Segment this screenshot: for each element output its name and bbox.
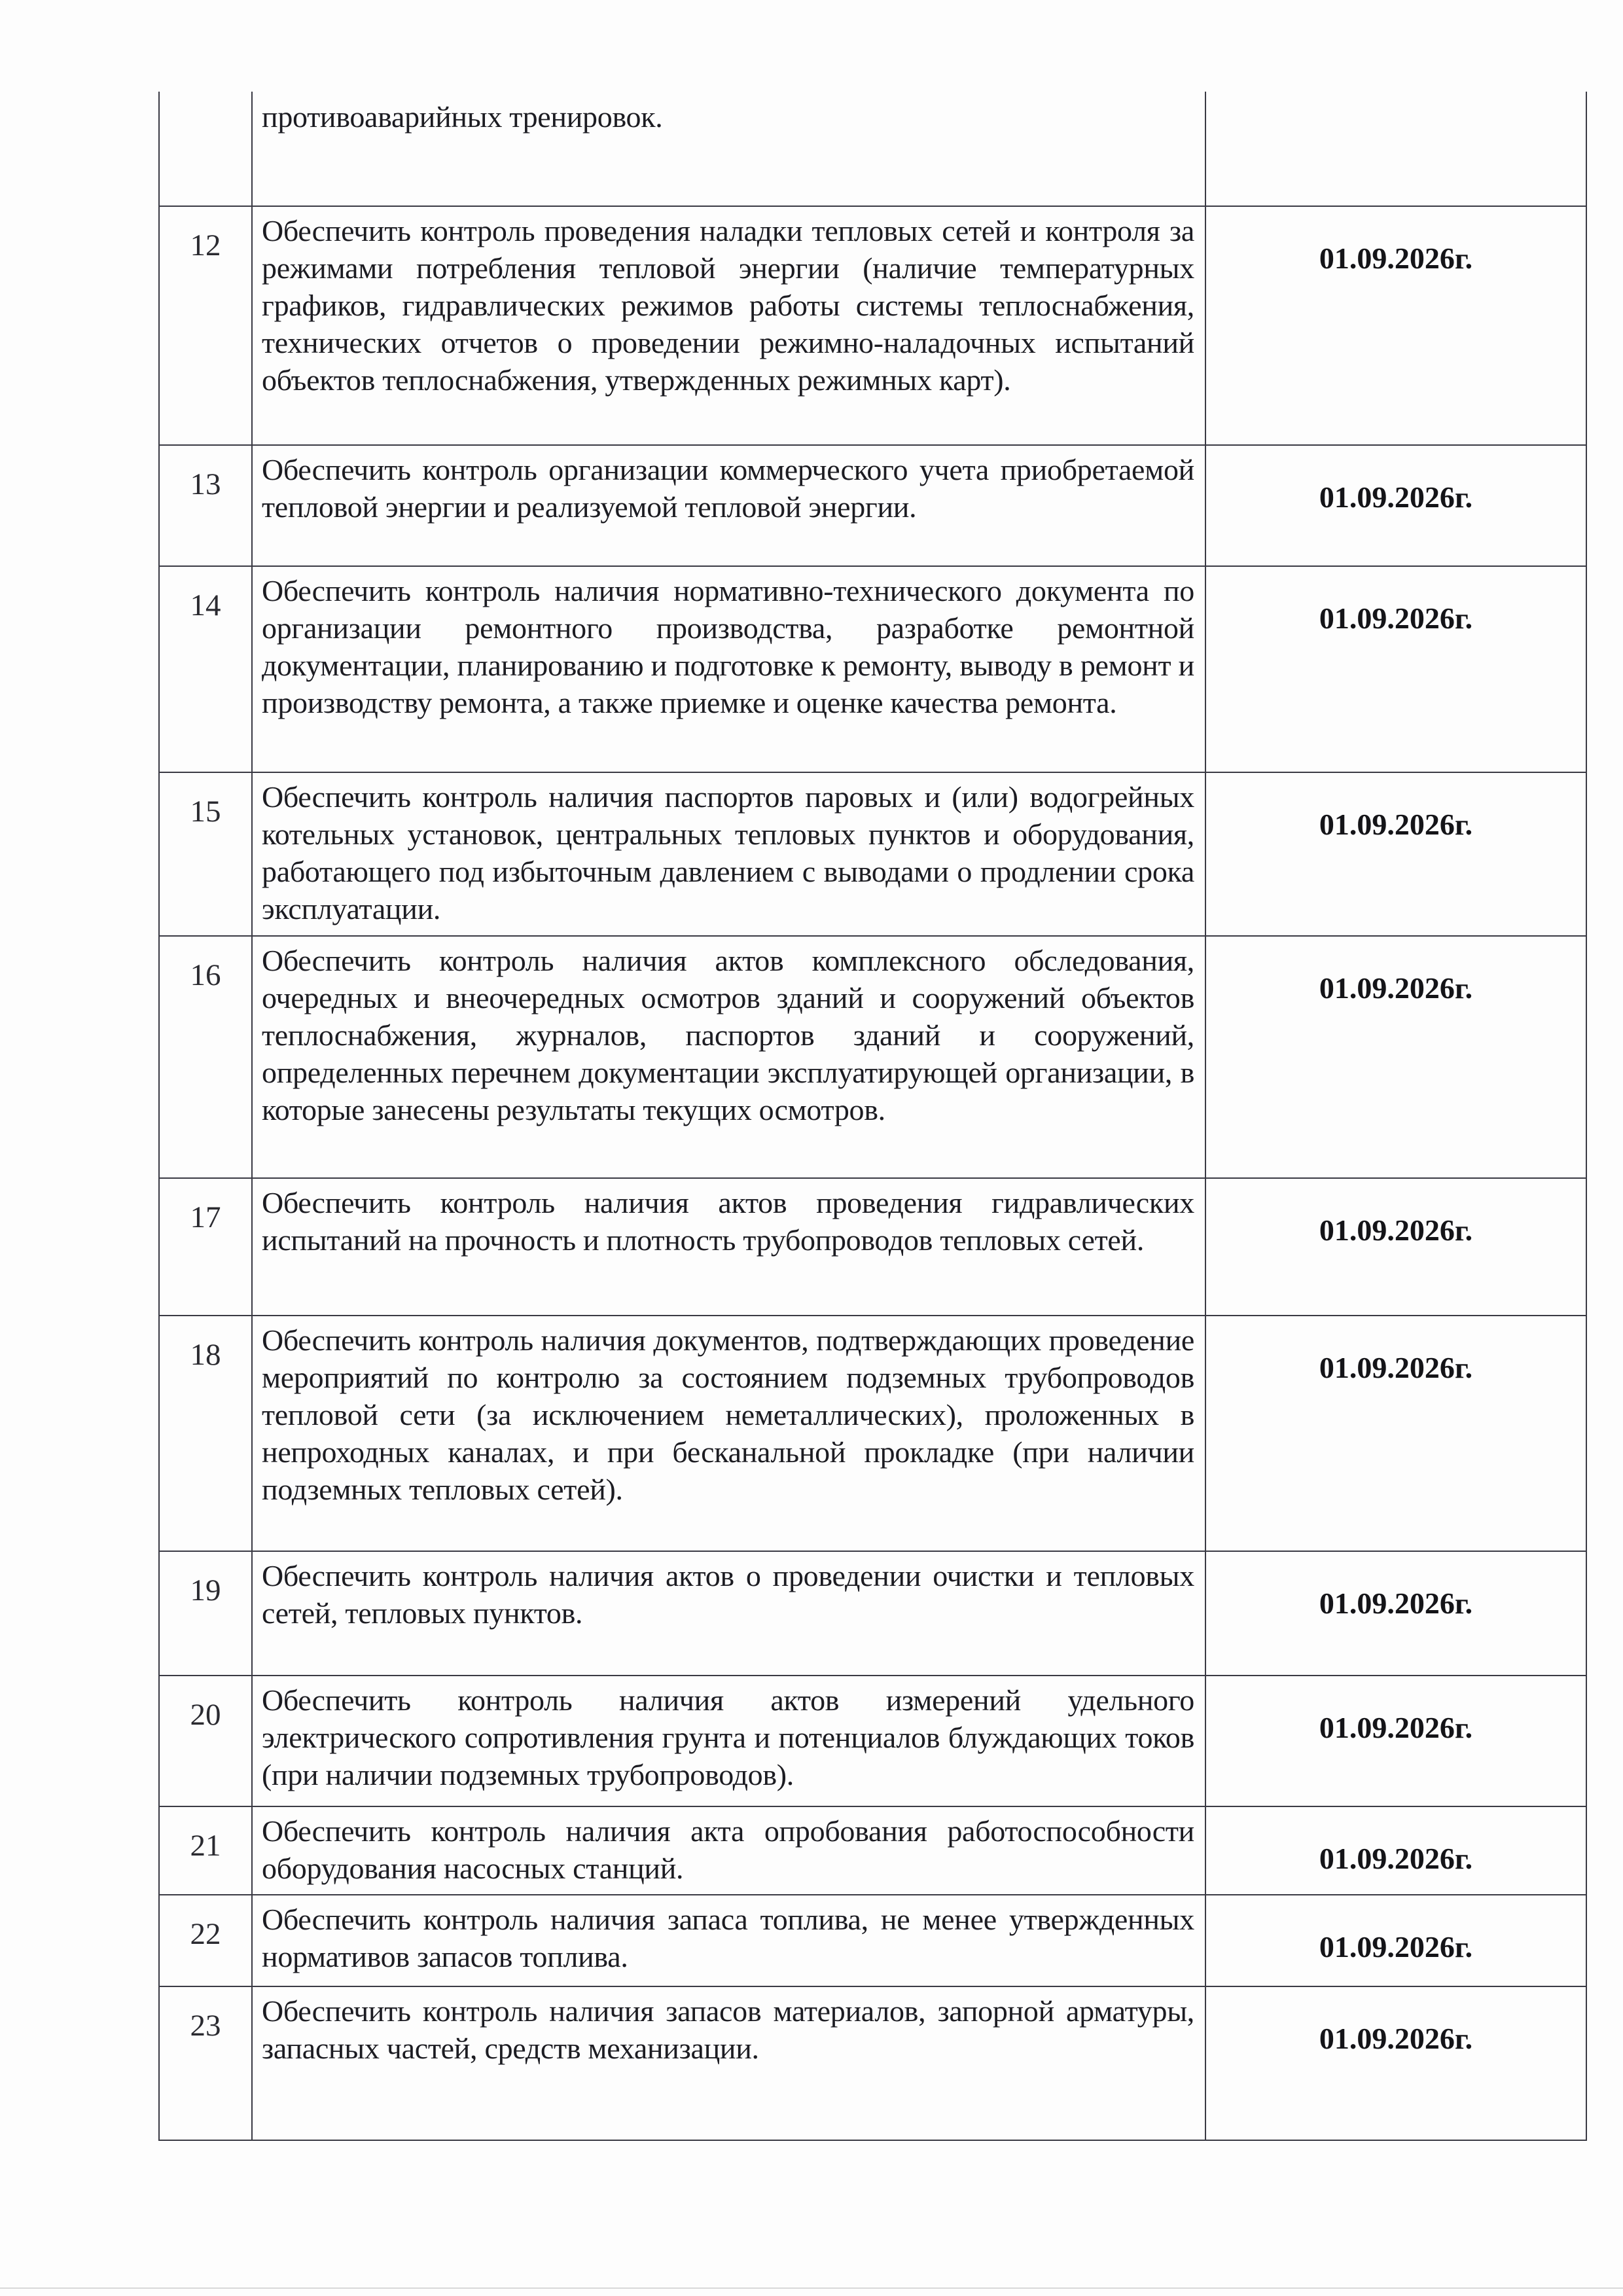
measures-table: противоаварийных тренировок. 12 Обеспечи… bbox=[158, 92, 1587, 2141]
table-row: 14 Обеспечить контроль наличия нормативн… bbox=[159, 566, 1586, 772]
measure-text: Обеспечить контроль наличия актов провед… bbox=[252, 1178, 1205, 1316]
row-number: 14 bbox=[159, 566, 252, 772]
measure-text: Обеспечить контроль наличия запасов мате… bbox=[252, 1986, 1205, 2140]
row-number: 13 bbox=[159, 445, 252, 566]
measure-text: Обеспечить контроль наличия акта опробов… bbox=[252, 1806, 1205, 1895]
scan-edge-line bbox=[0, 2287, 1623, 2289]
table-row: 15 Обеспечить контроль наличия паспортов… bbox=[159, 772, 1586, 936]
measure-text: Обеспечить контроль наличия актов компле… bbox=[252, 936, 1205, 1178]
measure-text: Обеспечить контроль наличия запаса топли… bbox=[252, 1895, 1205, 1986]
table-row: 13 Обеспечить контроль организации комме… bbox=[159, 445, 1586, 566]
measure-text: Обеспечить контроль наличия нормативно-т… bbox=[252, 566, 1205, 772]
table-row: 12 Обеспечить контроль проведения наладк… bbox=[159, 206, 1586, 445]
deadline: 01.09.2026г. bbox=[1205, 566, 1586, 772]
deadline: 01.09.2026г. bbox=[1205, 1551, 1586, 1676]
table-row: 19 Обеспечить контроль наличия актов о п… bbox=[159, 1551, 1586, 1676]
row-number: 15 bbox=[159, 772, 252, 936]
row-number: 21 bbox=[159, 1806, 252, 1895]
table-row: 18 Обеспечить контроль наличия документо… bbox=[159, 1316, 1586, 1551]
deadline: 01.09.2026г. bbox=[1205, 936, 1586, 1178]
measure-text: Обеспечить контроль наличия паспортов па… bbox=[252, 772, 1205, 936]
row-number: 18 bbox=[159, 1316, 252, 1551]
table-row-continued: противоаварийных тренировок. bbox=[159, 92, 1586, 206]
deadline: 01.09.2026г. bbox=[1205, 1316, 1586, 1551]
deadline: 01.09.2026г. bbox=[1205, 772, 1586, 936]
deadline: 01.09.2026г. bbox=[1205, 1178, 1586, 1316]
measure-text: Обеспечить контроль наличия актов измере… bbox=[252, 1676, 1205, 1806]
table-row: 23 Обеспечить контроль наличия запасов м… bbox=[159, 1986, 1586, 2140]
measure-text: противоаварийных тренировок. bbox=[252, 92, 1205, 206]
measure-text: Обеспечить контроль организации коммерче… bbox=[252, 445, 1205, 566]
deadline: 01.09.2026г. bbox=[1205, 1986, 1586, 2140]
row-number: 19 bbox=[159, 1551, 252, 1676]
measure-text: Обеспечить контроль наличия документов, … bbox=[252, 1316, 1205, 1551]
table-row: 22 Обеспечить контроль наличия запаса то… bbox=[159, 1895, 1586, 1986]
row-number: 16 bbox=[159, 936, 252, 1178]
table-row: 16 Обеспечить контроль наличия актов ком… bbox=[159, 936, 1586, 1178]
row-number: 12 bbox=[159, 206, 252, 445]
row-number bbox=[159, 92, 252, 206]
deadline: 01.09.2026г. bbox=[1205, 445, 1586, 566]
deadline: 01.09.2026г. bbox=[1205, 206, 1586, 445]
deadline: 01.09.2026г. bbox=[1205, 1676, 1586, 1806]
row-number: 22 bbox=[159, 1895, 252, 1986]
row-number: 17 bbox=[159, 1178, 252, 1316]
measure-text: Обеспечить контроль проведения наладки т… bbox=[252, 206, 1205, 445]
deadline: 01.09.2026г. bbox=[1205, 1806, 1586, 1895]
table-row: 20 Обеспечить контроль наличия актов изм… bbox=[159, 1676, 1586, 1806]
table-row: 17 Обеспечить контроль наличия актов про… bbox=[159, 1178, 1586, 1316]
row-number: 20 bbox=[159, 1676, 252, 1806]
measure-text: Обеспечить контроль наличия актов о пров… bbox=[252, 1551, 1205, 1676]
deadline: 01.09.2026г. bbox=[1205, 1895, 1586, 1986]
scanned-page: противоаварийных тренировок. 12 Обеспечи… bbox=[0, 0, 1623, 2296]
table-row: 21 Обеспечить контроль наличия акта опро… bbox=[159, 1806, 1586, 1895]
row-number: 23 bbox=[159, 1986, 252, 2140]
deadline bbox=[1205, 92, 1586, 206]
